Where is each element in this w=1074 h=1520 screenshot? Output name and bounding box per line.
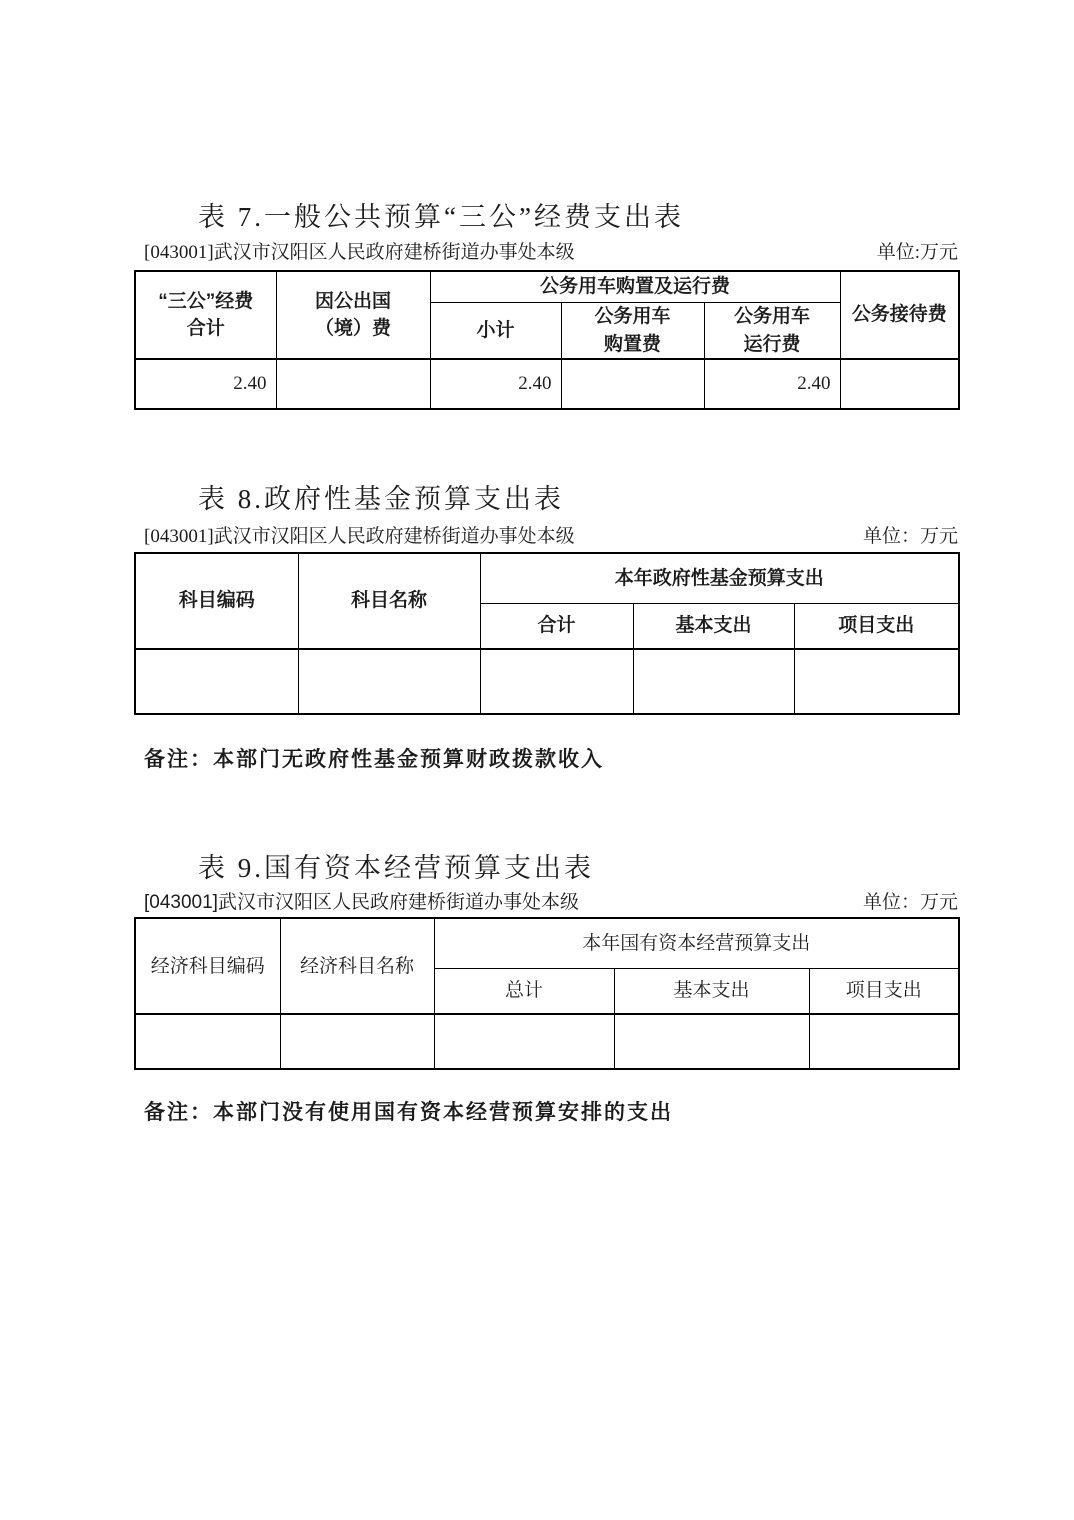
table8-header-row-1: 科目编码 科目名称 本年政府性基金预算支出 (135, 553, 959, 603)
table9-header-basic-expense: 基本支出 (614, 968, 809, 1014)
table8-header-fund-group: 本年政府性基金预算支出 (480, 553, 959, 603)
table9-header-capital-group: 本年国有资本经营预算支出 (434, 918, 959, 968)
table7-header-vehicle-group: 公务用车购置及运行费 (430, 271, 840, 303)
table8-gov-fund-budget-table: 科目编码 科目名称 本年政府性基金预算支出 合计 基本支出 项目支出 (134, 552, 960, 715)
table7-cell-vehicle-operation: 2.40 (704, 359, 840, 409)
table7-header-abroad-fee: 因公出国 （境）费 (276, 271, 430, 360)
table9-unit-label: 单位：万元 (863, 891, 958, 916)
table7-cell-vehicle-purchase (561, 359, 704, 409)
table8-cell-project-expense (794, 649, 959, 714)
table8-note: 备注：本部门无政府性基金预算财政拨款收入 (134, 745, 958, 774)
table9-title: 表 9.国有资本经营预算支出表 (134, 851, 958, 886)
table9-org-text: 武汉市汉阳区人民政府建桥街道办事处本级 (218, 892, 579, 913)
table8-subtitle-row: [043001]武汉市汉阳区人民政府建桥街道办事处本级 单位：万元 (134, 525, 958, 550)
table7-header-purchase-line1: 公务用车 (562, 303, 704, 331)
table7-org-name: [043001]武汉市汉阳区人民政府建桥街道办事处本级 (144, 241, 575, 266)
table7-header-abroad-line2: （境）费 (277, 315, 430, 343)
table7-header-purchase-line2: 购置费 (562, 331, 704, 359)
table9-cell-project-expense (809, 1014, 959, 1069)
table8-header-sum: 合计 (480, 603, 633, 649)
table7-cell-reception-fee (840, 359, 959, 409)
table7-header-sangong-total-line2: 合计 (136, 315, 276, 343)
table8-cell-sum (480, 649, 633, 714)
table8-data-row (135, 649, 959, 714)
table7-header-row-1: “三公”经费 合计 因公出国 （境）费 公务用车购置及运行费 公务接待费 (135, 271, 959, 303)
table9-header-grand-total: 总计 (434, 968, 614, 1014)
table9-header-econ-subject-code: 经济科目编码 (135, 918, 280, 1014)
table7-unit-label: 单位:万元 (877, 241, 958, 266)
table9-cell-econ-subject-name (280, 1014, 434, 1069)
table9-subtitle-row: [043001]武汉市汉阳区人民政府建桥街道办事处本级 单位：万元 (134, 891, 958, 916)
table9-header-econ-subject-name: 经济科目名称 (280, 918, 434, 1014)
table7-cell-sangong-total: 2.40 (135, 359, 276, 409)
table9-header-row-1: 经济科目编码 经济科目名称 本年国有资本经营预算支出 (135, 918, 959, 968)
table8-header-subject-name: 科目名称 (298, 553, 480, 649)
table7-sangong-expense-table: “三公”经费 合计 因公出国 （境）费 公务用车购置及运行费 公务接待费 小计 … (134, 270, 960, 411)
table7-data-row: 2.40 2.40 2.40 (135, 359, 959, 409)
table7-header-sangong-total: “三公”经费 合计 (135, 271, 276, 360)
table7-header-operation-line2: 运行费 (705, 331, 840, 359)
table9-cell-basic-expense (614, 1014, 809, 1069)
table7-header-vehicle-operation: 公务用车 运行费 (704, 303, 840, 360)
table9-header-project-expense: 项目支出 (809, 968, 959, 1014)
table9-note: 备注：本部门没有使用国有资本经营预算安排的支出 (134, 1098, 958, 1127)
table9-cell-econ-subject-code (135, 1014, 280, 1069)
table9-org-code: [043001] (144, 892, 218, 913)
table7-header-reception-fee: 公务接待费 (840, 271, 959, 360)
table9-state-capital-budget-table: 经济科目编码 经济科目名称 本年国有资本经营预算支出 总计 基本支出 项目支出 (134, 917, 960, 1070)
table7-header-operation-line1: 公务用车 (705, 303, 840, 331)
table7-cell-vehicle-subtotal: 2.40 (430, 359, 561, 409)
table7-header-sangong-total-line1: “三公”经费 (136, 288, 276, 316)
table8-header-basic-expense: 基本支出 (633, 603, 794, 649)
table8-cell-basic-expense (633, 649, 794, 714)
table8-unit-label: 单位：万元 (863, 525, 958, 550)
table9-org-name: [043001]武汉市汉阳区人民政府建桥街道办事处本级 (144, 891, 579, 916)
table8-cell-subject-code (135, 649, 298, 714)
table8-org-name: [043001]武汉市汉阳区人民政府建桥街道办事处本级 (144, 525, 575, 550)
table7-header-vehicle-purchase: 公务用车 购置费 (561, 303, 704, 360)
table9-data-row (135, 1014, 959, 1069)
table7-title: 表 7.一般公共预算“三公”经费支出表 (134, 200, 958, 235)
table7-header-vehicle-subtotal: 小计 (430, 303, 561, 360)
document-content: 表 7.一般公共预算“三公”经费支出表 [043001]武汉市汉阳区人民政府建桥… (134, 200, 958, 1128)
table8-cell-subject-name (298, 649, 480, 714)
table7-header-abroad-line1: 因公出国 (277, 288, 430, 316)
table8-title: 表 8.政府性基金预算支出表 (134, 482, 958, 517)
table8-header-project-expense: 项目支出 (794, 603, 959, 649)
table7-cell-abroad-fee (276, 359, 430, 409)
table7-subtitle-row: [043001]武汉市汉阳区人民政府建桥街道办事处本级 单位:万元 (134, 241, 958, 266)
table9-cell-grand-total (434, 1014, 614, 1069)
budget-document-page: 表 7.一般公共预算“三公”经费支出表 [043001]武汉市汉阳区人民政府建桥… (0, 0, 1074, 1520)
table8-header-subject-code: 科目编码 (135, 553, 298, 649)
